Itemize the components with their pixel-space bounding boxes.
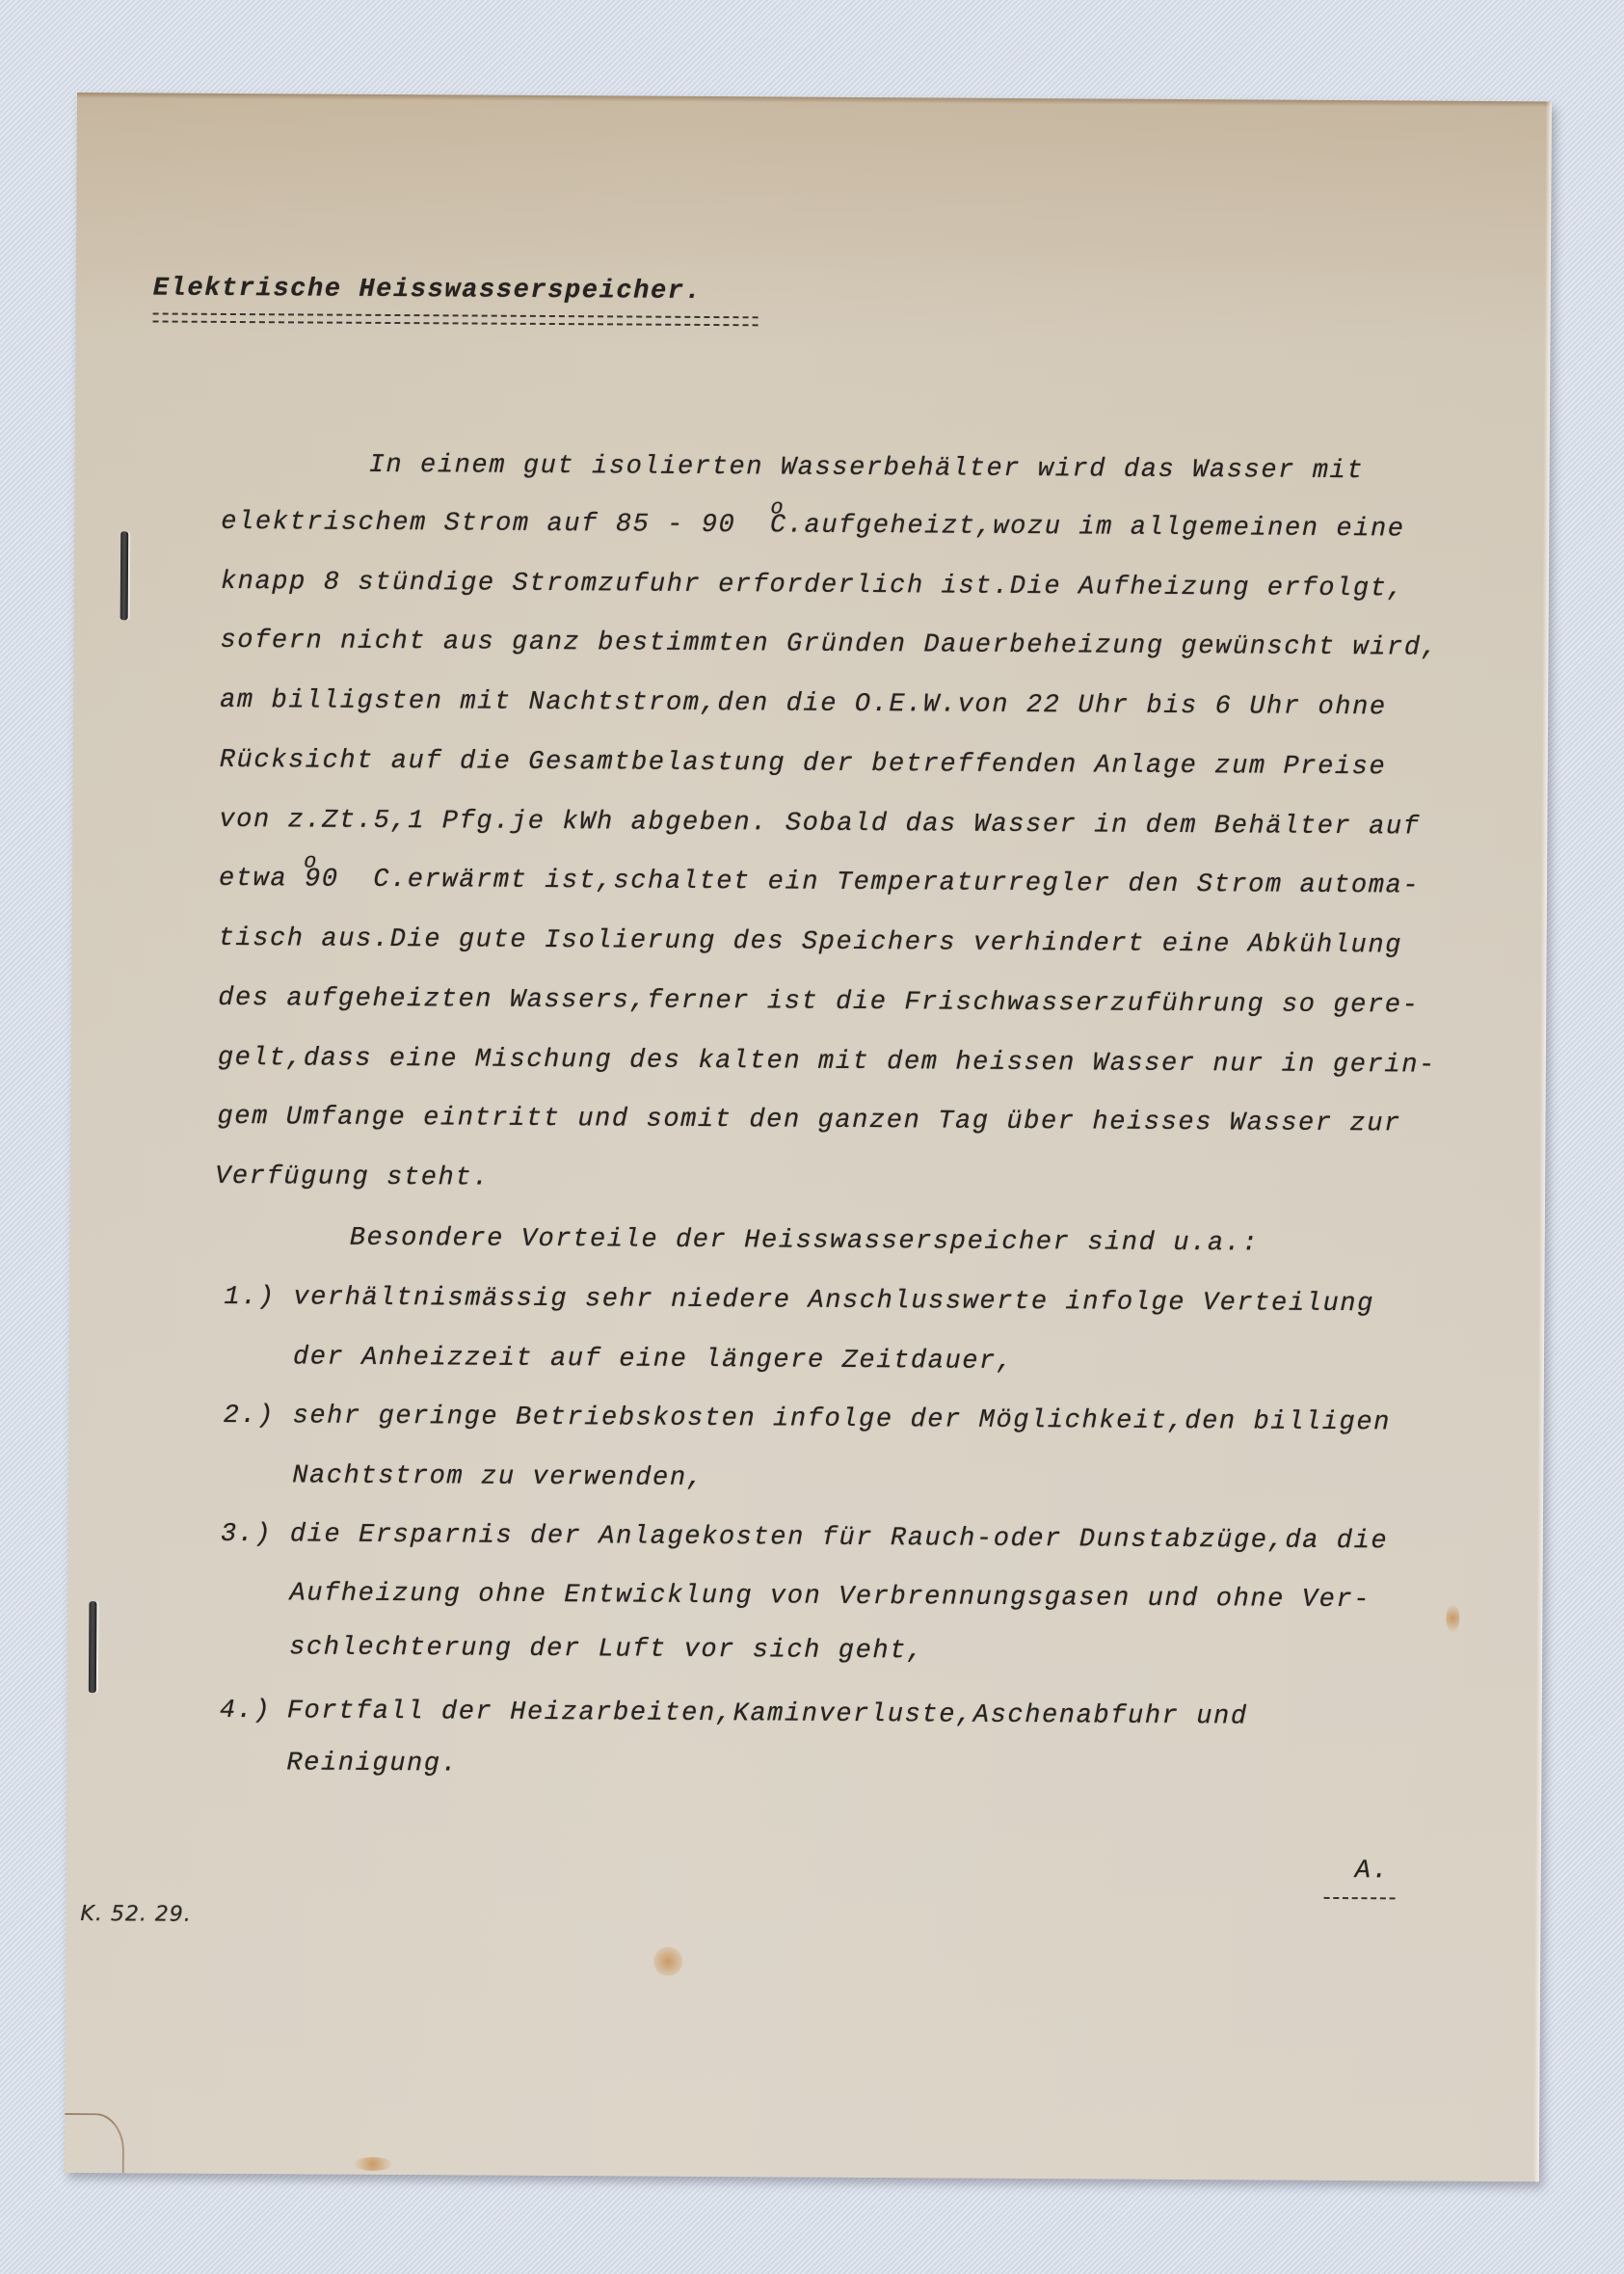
paragraph-line: Verfügung steht. — [215, 1163, 490, 1193]
paragraph-line: Rücksicht auf die Gesamtbelastung der be… — [220, 746, 1387, 782]
document-title: Elektrische Heisswasserspeicher. — [153, 274, 703, 306]
staple-top — [120, 531, 129, 620]
advantage-item-2: 2.) sehr geringe Betriebskosten infolge … — [77, 93, 1552, 101]
paragraph-line: gem Umfange eintritt und somit den ganze… — [217, 1103, 1401, 1139]
paragraph-line: etwa 90 C.erwärmt ist,schaltet ein Tempe… — [219, 865, 1420, 901]
advantage-line: Fortfall der Heizarbeiten,Kaminverluste,… — [287, 1697, 1248, 1731]
rust-stain-margin — [354, 2157, 392, 2171]
paragraph-line: In einem gut isolierten Wasserbehälter w… — [369, 451, 1365, 486]
advantage-line: die Ersparnis der Anlagekosten für Rauch… — [290, 1520, 1389, 1556]
staple-bottom — [89, 1601, 97, 1693]
advantage-number: 3.) — [221, 1520, 273, 1549]
rust-stain-small — [1446, 1605, 1459, 1632]
title-underline — [153, 312, 759, 326]
advantage-line: verhältnismässig sehr niedere Anschlussw… — [293, 1283, 1374, 1319]
paragraph-line: gelt,dass eine Mischung des kalten mit d… — [218, 1044, 1436, 1081]
advantage-number: 2.) — [224, 1402, 276, 1431]
rust-stain — [653, 1947, 682, 1976]
page-edge-highlight — [1533, 101, 1552, 2181]
folded-corner — [65, 2113, 124, 2173]
paragraph-line: von z.Zt.5,1 Pfg.je kWh abgeben. Sobald … — [219, 806, 1420, 843]
paragraph-line: am billigsten mit Nachtstrom,den die O.E… — [220, 686, 1387, 722]
paragraph-line: tisch aus.Die gute Isolierung des Speich… — [219, 924, 1403, 961]
signature-initial: A. — [1355, 1857, 1390, 1886]
paragraph-line: sofern nicht aus ganz bestimmten Gründen… — [220, 627, 1438, 663]
paragraph-line: des aufgeheizten Wassers,ferner ist die … — [218, 984, 1419, 1021]
advantages-intro: Besondere Vorteile der Heisswasserspeich… — [350, 1224, 1260, 1259]
advantage-line: Aufheizung ohne Entwicklung von Verbrenn… — [289, 1579, 1371, 1615]
advantage-number: 4.) — [220, 1697, 272, 1726]
advantage-line: der Anheizzeit auf eine längere Zeitdaue… — [293, 1343, 1014, 1377]
advantage-item-1: 1.) verhältnismässig sehr niedere Anschl… — [77, 93, 1552, 101]
paragraph-line: elektrischem Strom auf 85 - 90 C.aufgehe… — [221, 508, 1405, 545]
advantage-number: 1.) — [224, 1283, 276, 1312]
advantage-item-3: 3.) die Ersparnis der Anlagekosten für R… — [77, 93, 1552, 101]
paragraph-line: knapp 8 stündige Stromzufuhr erforderlic… — [221, 568, 1405, 604]
document-page: Elektrische Heisswasserspeicher. In eine… — [65, 93, 1552, 2181]
advantage-line: sehr geringe Betriebskosten infolge der … — [293, 1402, 1392, 1437]
advantage-line: schlechterung der Luft vor sich geht, — [289, 1633, 924, 1666]
reference-stamp: K. 52. 29. — [80, 1902, 192, 1927]
advantage-line: Reinigung. — [286, 1749, 458, 1779]
advantage-item-4: 4.) Fortfall der Heizarbeiten,Kaminverlu… — [77, 93, 1552, 101]
signature-underline — [1324, 1897, 1396, 1899]
advantage-line: Nachtstrom zu verwenden, — [292, 1461, 704, 1493]
